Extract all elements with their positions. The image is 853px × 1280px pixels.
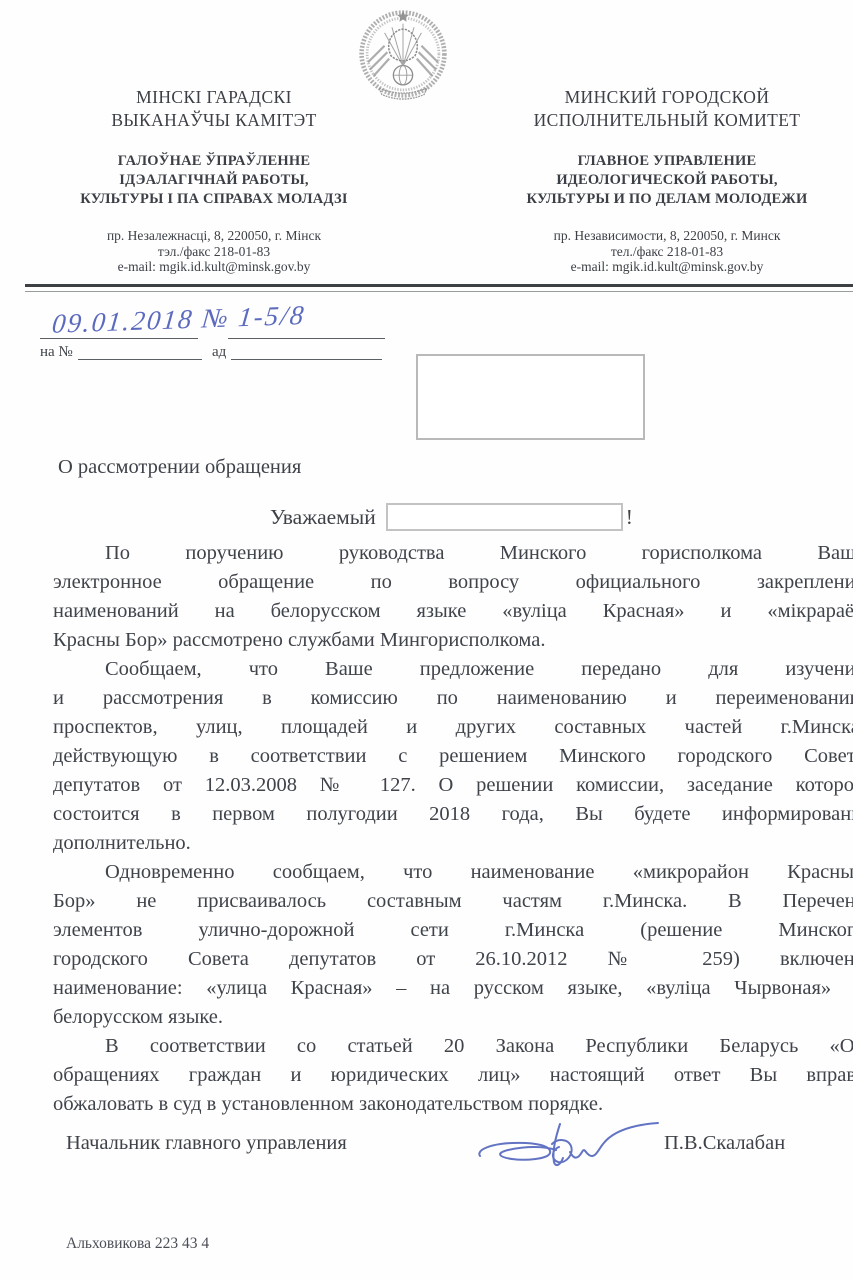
- department-line: ИДЕОЛОГИЧЕСКОЙ РАБОТЫ,: [488, 171, 846, 190]
- department-name-be: ГАЛОЎНАЕ ЎПРАЎЛЕННЕ ІДЭАЛАГІЧНАЙ РАБОТЫ,…: [38, 152, 390, 209]
- scanned-letter-page: МІНСКІ ГАРАДСКІ ВЫКАНАЎЧЫ КАМІТЭТ ГАЛОЎН…: [0, 0, 853, 1280]
- body-line: электронное обращение по вопросу официал…: [53, 568, 853, 597]
- body-line: белорусском языке.: [53, 1003, 853, 1032]
- salutation-line: Уважаемый !: [270, 503, 633, 531]
- body-line: и рассмотрения в комиссию по наименовани…: [53, 684, 853, 713]
- on-number-label: на №: [40, 344, 73, 361]
- ref-blank-line: [40, 338, 198, 339]
- address-line: пр. Независимости, 8, 220050, г. Минск: [488, 228, 846, 244]
- address-line: тэл./факс 218-01-83: [38, 244, 390, 260]
- department-line: ГАЛОЎНАЕ ЎПРАЎЛЕННЕ: [38, 152, 390, 171]
- body-line: обжаловать в суд в установленном законод…: [53, 1090, 853, 1119]
- salutation-suffix: !: [626, 505, 633, 530]
- org-name-ru: МИНСКИЙ ГОРОДСКОЙ ИСПОЛНИТЕЛЬНЫЙ КОМИТЕТ: [488, 86, 846, 132]
- from-label: ад: [212, 344, 226, 361]
- body-line: проспектов, улиц, площадей и других сост…: [53, 713, 853, 742]
- subject-line: О рассмотрении обращения: [58, 456, 301, 479]
- signer-position-title: Начальник главного управления: [66, 1132, 347, 1155]
- address-line: пр. Незалежнасці, 8, 220050, г. Мінск: [38, 228, 390, 244]
- body-paragraph: По поручению руководства Минского горисп…: [53, 539, 853, 655]
- body-line: состоится в первом полугодии 2018 года, …: [53, 800, 853, 829]
- department-line: КУЛЬТУРЫ И ПО ДЕЛАМ МОЛОДЕЖИ: [488, 190, 846, 209]
- ref-blank-line: [228, 338, 385, 339]
- body-paragraph: Одновременно сообщаем, что наименование …: [53, 858, 853, 1032]
- handwritten-signature: [474, 1112, 664, 1180]
- handwritten-date-number: 09.01.2018 № 1-5/8: [50, 297, 383, 340]
- salutation-prefix: Уважаемый: [270, 505, 376, 530]
- address-be: пр. Незалежнасці, 8, 220050, г. Мінск тэ…: [38, 228, 390, 275]
- org-name-line: МИНСКИЙ ГОРОДСКОЙ: [488, 86, 846, 109]
- body-line: наименование: «улица Красная» – на русск…: [53, 974, 853, 1003]
- address-line: e-mail: mgik.id.kult@minsk.gov.by: [488, 259, 846, 275]
- body-line: обращениях граждан и юридических лиц» на…: [53, 1061, 853, 1090]
- body-line: Сообщаем, что Ваше предложение передано …: [53, 655, 853, 684]
- department-line: ІДЭАЛАГІЧНАЙ РАБОТЫ,: [38, 171, 390, 190]
- signer-name: П.В.Скалабан: [664, 1132, 785, 1155]
- body-line: наименований на белорусском языке «вуліц…: [53, 597, 853, 626]
- redacted-name-box: [386, 503, 623, 531]
- body-line: Одновременно сообщаем, что наименование …: [53, 858, 853, 887]
- department-line: ГЛАВНОЕ УПРАВЛЕНИЕ: [488, 152, 846, 171]
- department-name-ru: ГЛАВНОЕ УПРАВЛЕНИЕ ИДЕОЛОГИЧЕСКОЙ РАБОТЫ…: [488, 152, 846, 209]
- body-line: элементов улично-дорожной сети г.Минска …: [53, 916, 853, 945]
- department-line: КУЛЬТУРЫ І ПА СПРАВАХ МОЛАДЗІ: [38, 190, 390, 209]
- body-paragraph: Сообщаем, что Ваше предложение передано …: [53, 655, 853, 858]
- address-line: e-mail: mgik.id.kult@minsk.gov.by: [38, 259, 390, 275]
- address-line: тел./факс 218-01-83: [488, 244, 846, 260]
- letterhead-divider-thin: [25, 291, 853, 292]
- org-name-line: ВЫКАНАЎЧЫ КАМІТЭТ: [38, 109, 390, 132]
- letterhead-divider-thick: [25, 284, 853, 287]
- body-line: городского Совета депутатов от 26.10.201…: [53, 945, 853, 974]
- org-name-line: МІНСКІ ГАРАДСКІ: [38, 86, 390, 109]
- body-text: По поручению руководства Минского горисп…: [53, 539, 853, 1119]
- body-line: По поручению руководства Минского горисп…: [53, 539, 853, 568]
- ref-blank-line: [78, 359, 202, 360]
- ref-blank-line: [231, 359, 382, 360]
- body-line: дополнительно.: [53, 829, 853, 858]
- executor-note: Альховикова 223 43 4: [66, 1235, 209, 1253]
- address-ru: пр. Независимости, 8, 220050, г. Минск т…: [488, 228, 846, 275]
- body-line: депутатов от 12.03.2008 № 127. О решении…: [53, 771, 853, 800]
- body-line: Бор» не присваивалось составным частям г…: [53, 887, 853, 916]
- body-line: Красны Бор» рассмотрено службами Мингори…: [53, 626, 853, 655]
- body-line: В соответствии со статьей 20 Закона Респ…: [53, 1032, 853, 1061]
- org-name-be: МІНСКІ ГАРАДСКІ ВЫКАНАЎЧЫ КАМІТЭТ: [38, 86, 390, 132]
- body-paragraph: В соответствии со статьей 20 Закона Респ…: [53, 1032, 853, 1119]
- redacted-recipient-box: [416, 354, 645, 440]
- body-line: действующую в соответствии с решением Ми…: [53, 742, 853, 771]
- org-name-line: ИСПОЛНИТЕЛЬНЫЙ КОМИТЕТ: [488, 109, 846, 132]
